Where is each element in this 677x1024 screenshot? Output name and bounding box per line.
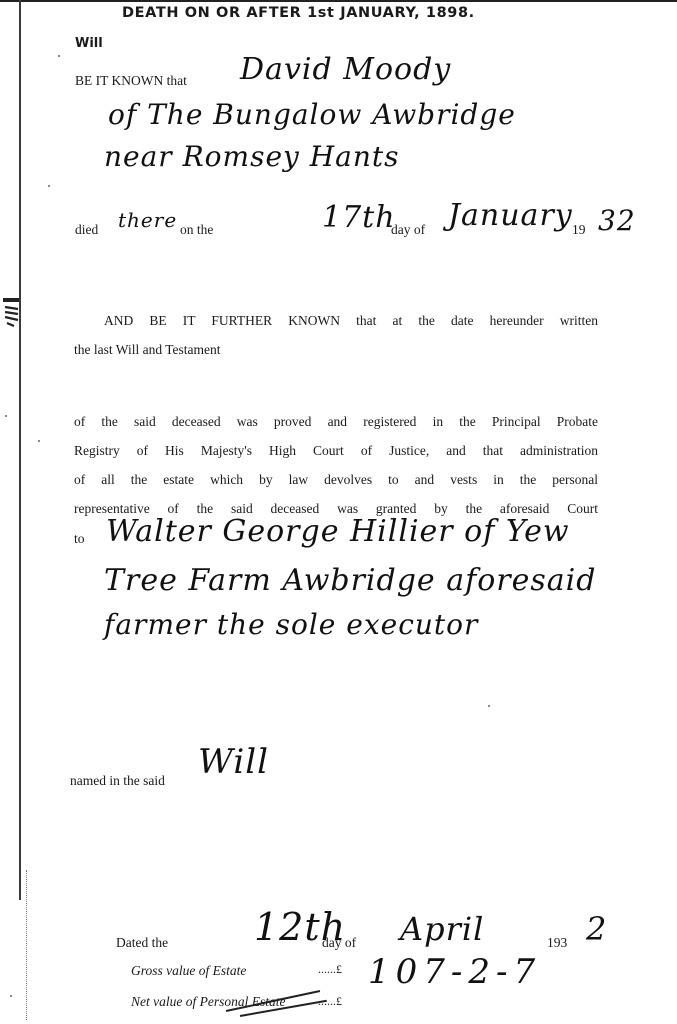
grantee-line3: farmer the sole executor — [104, 608, 478, 641]
paper-speck — [5, 415, 7, 417]
left-margin-dotted-rule — [26, 870, 27, 1020]
further-known-line2: the last Will and Testament — [74, 342, 220, 358]
death-year-suffix: 32 — [598, 204, 636, 237]
named-in-the-said-label: named in the said — [70, 773, 165, 789]
proved-paragraph-line3: of all the estate which by law devolves … — [74, 472, 598, 488]
death-day-of-label: day of — [391, 222, 425, 238]
further-known-line1: AND BE IT FURTHER KNOWN that at the date… — [104, 313, 598, 329]
paper-speck — [38, 440, 40, 442]
paper-speck — [488, 705, 490, 707]
grant-type-label: Will — [75, 36, 103, 51]
place-of-death: there — [118, 208, 177, 232]
deceased-address-line1: of The Bungalow Awbridge — [108, 98, 516, 131]
be-it-known-label: BE IT KNOWN that — [75, 73, 187, 89]
gross-value-label: Gross value of Estate — [131, 963, 246, 979]
dated-day-of-label: day of — [322, 935, 356, 951]
death-day: 17th — [322, 200, 396, 235]
grantee-line1: Walter George Hillier of Yew — [106, 514, 570, 549]
death-year-prefix: 19 — [572, 222, 586, 238]
deceased-address-line2: near Romsey Hants — [104, 140, 400, 173]
to-label: to — [74, 531, 85, 547]
form-heading: DEATH ON OR AFTER 1st JANUARY, 1898. — [122, 5, 475, 21]
net-value-label-text: Net value of Personal — [131, 994, 248, 1009]
left-margin-rule — [19, 0, 21, 900]
on-the-label: on the — [180, 222, 213, 238]
proved-paragraph-line2: Registry of His Majesty's High Court of … — [74, 443, 598, 459]
dated-year-prefix: 193 — [547, 935, 567, 951]
top-border-rule — [0, 0, 677, 2]
death-month: January — [448, 198, 573, 233]
gross-value-currency: ......£ — [318, 962, 342, 977]
net-value-currency: ......£ — [318, 994, 342, 1009]
paper-speck — [58, 55, 60, 57]
margin-annotation-mark — [2, 298, 22, 330]
died-label: died — [75, 222, 98, 238]
paper-speck — [48, 185, 50, 187]
dated-label: Dated the — [116, 935, 168, 951]
named-instrument: Will — [198, 742, 269, 782]
grantee-line2: Tree Farm Awbridge aforesaid — [104, 563, 596, 598]
proved-paragraph-line1: of the said deceased was proved and regi… — [74, 414, 598, 430]
dated-month: April — [400, 910, 484, 948]
deceased-name: David Moody — [240, 52, 451, 87]
paper-speck — [10, 995, 12, 997]
dated-year-suffix: 2 — [586, 910, 607, 948]
gross-value-amount: 107-2-7 — [368, 952, 541, 992]
